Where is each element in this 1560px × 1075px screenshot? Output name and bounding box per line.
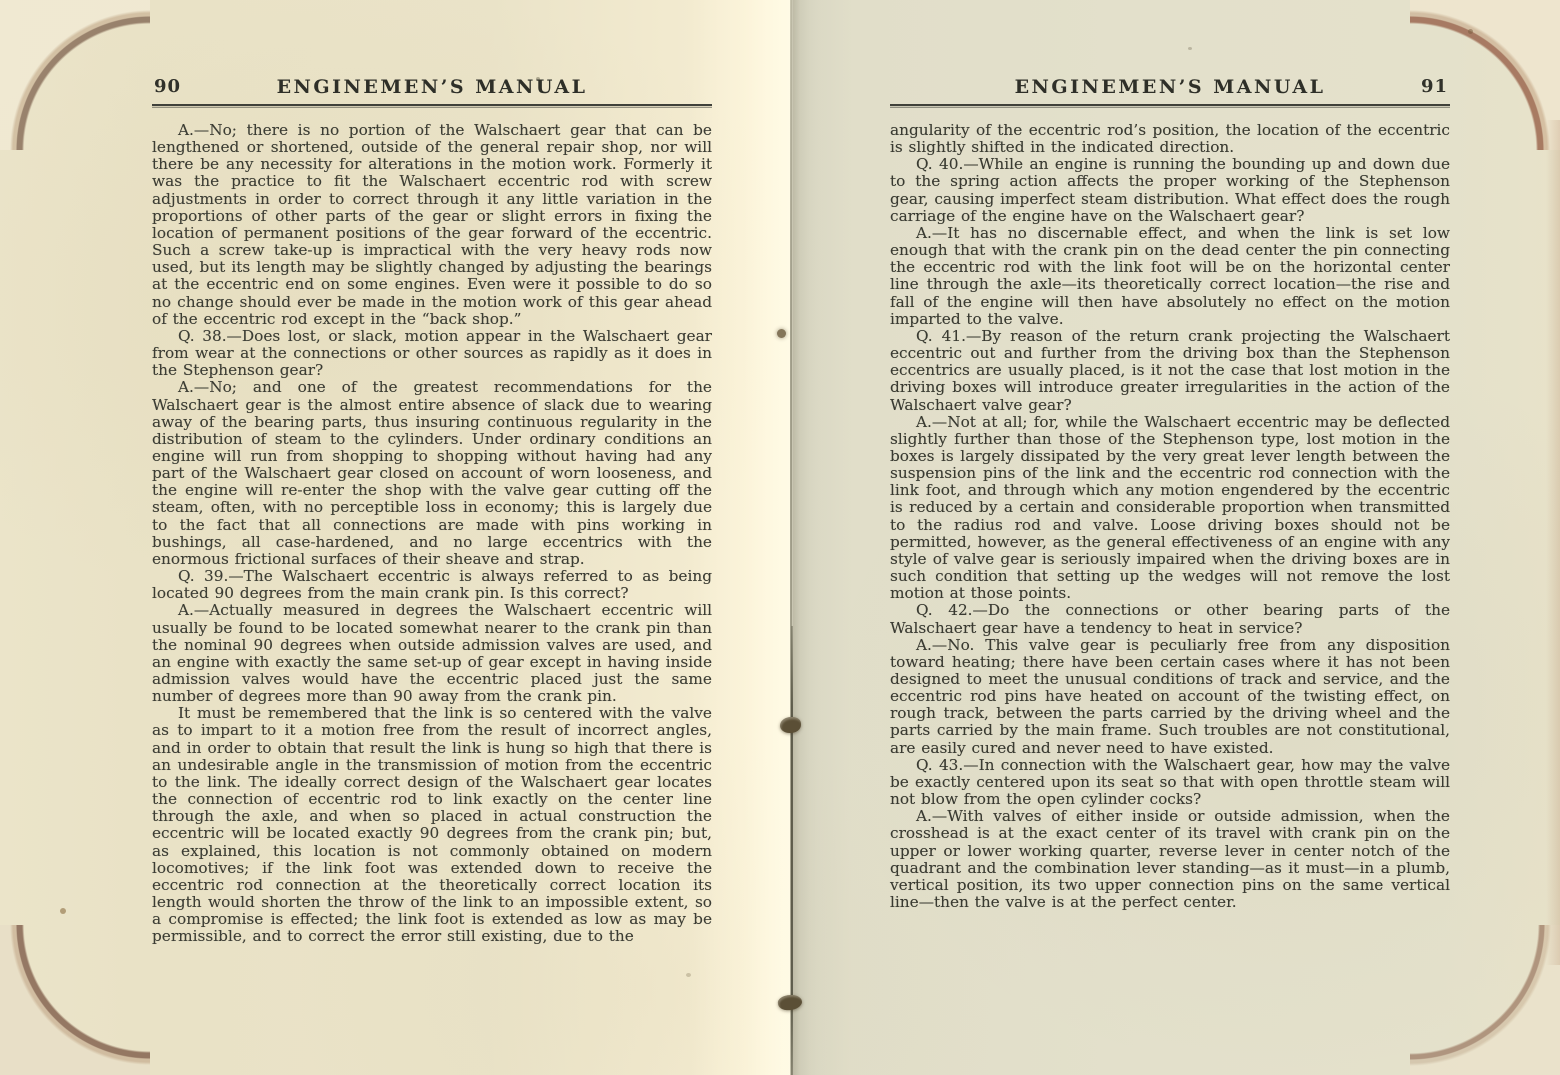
- question-42: Q. 42.—Do the connections or other beari…: [890, 602, 1450, 636]
- cover-edge-right: [1546, 120, 1560, 965]
- stitch-hole: [777, 329, 786, 338]
- right-page: ENGINEMEN’S MANUAL 91 angularity of the …: [890, 76, 1450, 911]
- age-spot: [1468, 29, 1473, 34]
- answer-paragraph: A.—Not at all; for, while the Walschaert…: [890, 414, 1450, 603]
- age-spot: [1188, 47, 1192, 50]
- left-header-rule: [152, 104, 712, 108]
- answer-paragraph: A.—No; and one of the greatest recommend…: [152, 379, 712, 568]
- question-43: Q. 43.—In connection with the Walschaert…: [890, 757, 1450, 808]
- left-running-title: ENGINEMEN’S MANUAL: [152, 76, 712, 98]
- answer-paragraph: A.—Actually measured in degrees the Wals…: [152, 602, 712, 705]
- answer-paragraph: A.—No; there is no portion of the Walsch…: [152, 122, 712, 328]
- age-spot: [686, 973, 691, 977]
- question-38: Q. 38.—Does lost, or slack, motion appea…: [152, 328, 712, 379]
- right-header-rule: [890, 104, 1450, 108]
- left-page-header: 90 ENGINEMEN’S MANUAL: [152, 76, 712, 102]
- body-paragraph: It must be remembered that the link is s…: [152, 705, 712, 945]
- answer-paragraph: A.—No. This valve gear is peculiarly fre…: [890, 637, 1450, 757]
- right-page-number: 91: [1421, 76, 1448, 97]
- book-spread-scan: 90 ENGINEMEN’S MANUAL A.—No; there is no…: [0, 0, 1560, 1075]
- answer-paragraph: A.—It has no discernable effect, and whe…: [890, 225, 1450, 328]
- age-spot: [60, 908, 66, 914]
- left-page-body: A.—No; there is no portion of the Walsch…: [152, 122, 712, 946]
- continuation-paragraph: angularity of the eccentric rod’s positi…: [890, 122, 1450, 156]
- binding-knot-upper: [780, 717, 801, 733]
- question-39: Q. 39.—The Walschaert eccentric is alway…: [152, 568, 712, 602]
- right-running-title: ENGINEMEN’S MANUAL: [890, 76, 1450, 98]
- left-page-number: 90: [154, 76, 181, 97]
- question-40: Q. 40.—While an engine is running the bo…: [890, 156, 1450, 225]
- right-page-header: ENGINEMEN’S MANUAL 91: [890, 76, 1450, 102]
- answer-paragraph: A.—With valves of either inside or outsi…: [890, 808, 1450, 911]
- question-41: Q. 41.—By reason of the return crank pro…: [890, 328, 1450, 414]
- left-page: 90 ENGINEMEN’S MANUAL A.—No; there is no…: [152, 76, 712, 946]
- right-page-body: angularity of the eccentric rod’s positi…: [890, 122, 1450, 911]
